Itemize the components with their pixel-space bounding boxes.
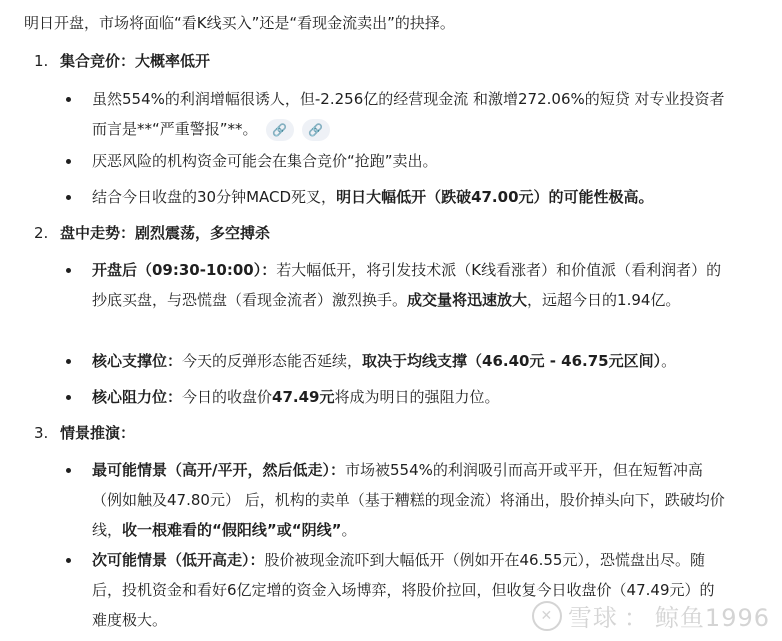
- intro-text: 明日开盘，市场将面临“看K线买入”还是“看现金流卖出”的抉择。: [24, 12, 455, 34]
- section-1-heading: 1.集合竞价：大概率低开: [34, 50, 210, 71]
- link-icon[interactable]: 🔗: [266, 119, 294, 141]
- section-3-heading: 3.情景推演：: [34, 422, 135, 443]
- list-item: 虽然554%的利润增幅很诱人，但-2.256亿的经营现金流 和激增272.06%…: [66, 84, 726, 144]
- section-2-heading: 2.盘中走势：剧烈震荡，多空搏杀: [34, 222, 270, 243]
- bullet-icon: [66, 558, 71, 563]
- bullet-icon: [66, 195, 71, 200]
- list-item: 核心阻力位：今日的收盘价47.49元将成为明日的强阻力位。: [66, 382, 726, 412]
- watermark: ✕ 雪球：鲸鱼1996: [532, 598, 770, 633]
- bullet-icon: [66, 159, 71, 164]
- link-icon[interactable]: 🔗: [302, 119, 330, 141]
- bullet-icon: [66, 359, 71, 364]
- list-item: 厌恶风险的机构资金可能会在集合竞价“抢跑”卖出。: [66, 146, 726, 176]
- bullet-icon: [66, 268, 71, 273]
- bullet-icon: [66, 468, 71, 473]
- list-item: 开盘后（09:30-10:00）：若大幅低开，将引发技术派（K线看涨者）和价值派…: [66, 255, 726, 315]
- xueqiu-logo-icon: ✕: [532, 601, 562, 631]
- bullet-icon: [66, 97, 71, 102]
- list-item: 核心支撑位：今天的反弹形态能否延续，取决于均线支撑（46.40元 - 46.75…: [66, 346, 726, 376]
- list-item: 最可能情景（高开/平开，然后低走）：市场被554%的利润吸引而高开或平开，但在短…: [66, 455, 726, 545]
- bullet-icon: [66, 395, 71, 400]
- list-item: 结合今日收盘的30分钟MACD死叉，明日大幅低开（跌破47.00元）的可能性极高…: [66, 182, 726, 212]
